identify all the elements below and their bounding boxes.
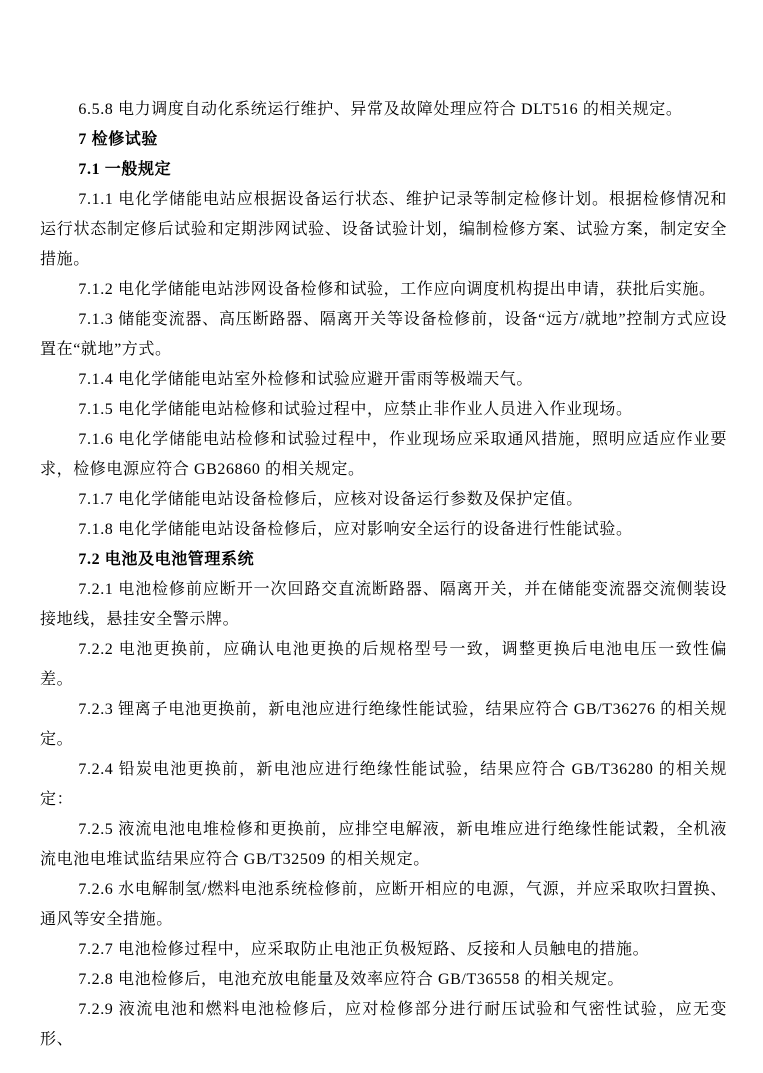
document-page: 6.5.8 电力调度自动化系统运行维护、异常及故障处理应符合 DLT516 的相… <box>0 0 763 1073</box>
section-heading-7-2: 7.2 电池及电池管理系统 <box>40 545 727 575</box>
clause-7-2-9: 7.2.9 液流电池和燃料电池检修后，应对检修部分进行耐压试验和气密性试验，应无… <box>40 995 727 1055</box>
clause-7-2-3: 7.2.3 锂离子电池更换前，新电池应进行绝缘性能试验，结果应符合 GB/T36… <box>40 695 727 755</box>
clause-7-1-8: 7.1.8 电化学储能电站设备检修后，应对影响安全运行的设备进行性能试验。 <box>40 515 727 545</box>
clause-7-2-4: 7.2.4 铅炭电池更换前，新电池应进行绝缘性能试验，结果应符合 GB/T362… <box>40 755 727 815</box>
document-content: 6.5.8 电力调度自动化系统运行维护、异常及故障处理应符合 DLT516 的相… <box>40 95 727 1055</box>
section-heading-7: 7 检修试验 <box>40 125 727 155</box>
clause-7-2-7: 7.2.7 电池检修过程中，应采取防止电池正负极短路、反接和人员触电的措施。 <box>40 935 727 965</box>
clause-7-2-6: 7.2.6 水电解制氢/燃料电池系统检修前，应断开相应的电源，气源，并应采取吹扫… <box>40 875 727 935</box>
clause-6-5-8: 6.5.8 电力调度自动化系统运行维护、异常及故障处理应符合 DLT516 的相… <box>40 95 727 125</box>
clause-7-1-3: 7.1.3 储能变流器、高压断路器、隔离开关等设备检修前，设备“远方/就地”控制… <box>40 305 727 365</box>
clause-7-1-4: 7.1.4 电化学储能电站室外检修和试验应避开雷雨等极端天气。 <box>40 365 727 395</box>
clause-7-1-2: 7.1.2 电化学储能电站涉网设备检修和试验，工作应向调度机构提出申请，获批后实… <box>40 275 727 305</box>
clause-7-2-8: 7.2.8 电池检修后，电池充放电能量及效率应符合 GB/T36558 的相关规… <box>40 965 727 995</box>
clause-7-1-5: 7.1.5 电化学储能电站检修和试验过程中，应禁止非作业人员进入作业现场。 <box>40 395 727 425</box>
section-heading-7-1: 7.1 一般规定 <box>40 155 727 185</box>
clause-7-2-1: 7.2.1 电池检修前应断开一次回路交直流断路器、隔离开关，并在储能变流器交流侧… <box>40 575 727 635</box>
clause-7-1-1: 7.1.1 电化学储能电站应根据设备运行状态、维护记录等制定检修计划。根据检修情… <box>40 185 727 275</box>
clause-7-1-6: 7.1.6 电化学储能电站检修和试验过程中，作业现场应采取通风措施，照明应适应作… <box>40 425 727 485</box>
clause-7-1-7: 7.1.7 电化学储能电站设备检修后，应核对设备运行参数及保护定值。 <box>40 485 727 515</box>
clause-7-2-5: 7.2.5 液流电池电堆检修和更换前，应排空电解液，新电堆应进行绝缘性能试穀，全… <box>40 815 727 875</box>
clause-7-2-2: 7.2.2 电池更换前，应确认电池更换的后规格型号一致，调整更换后电池电压一致性… <box>40 635 727 695</box>
